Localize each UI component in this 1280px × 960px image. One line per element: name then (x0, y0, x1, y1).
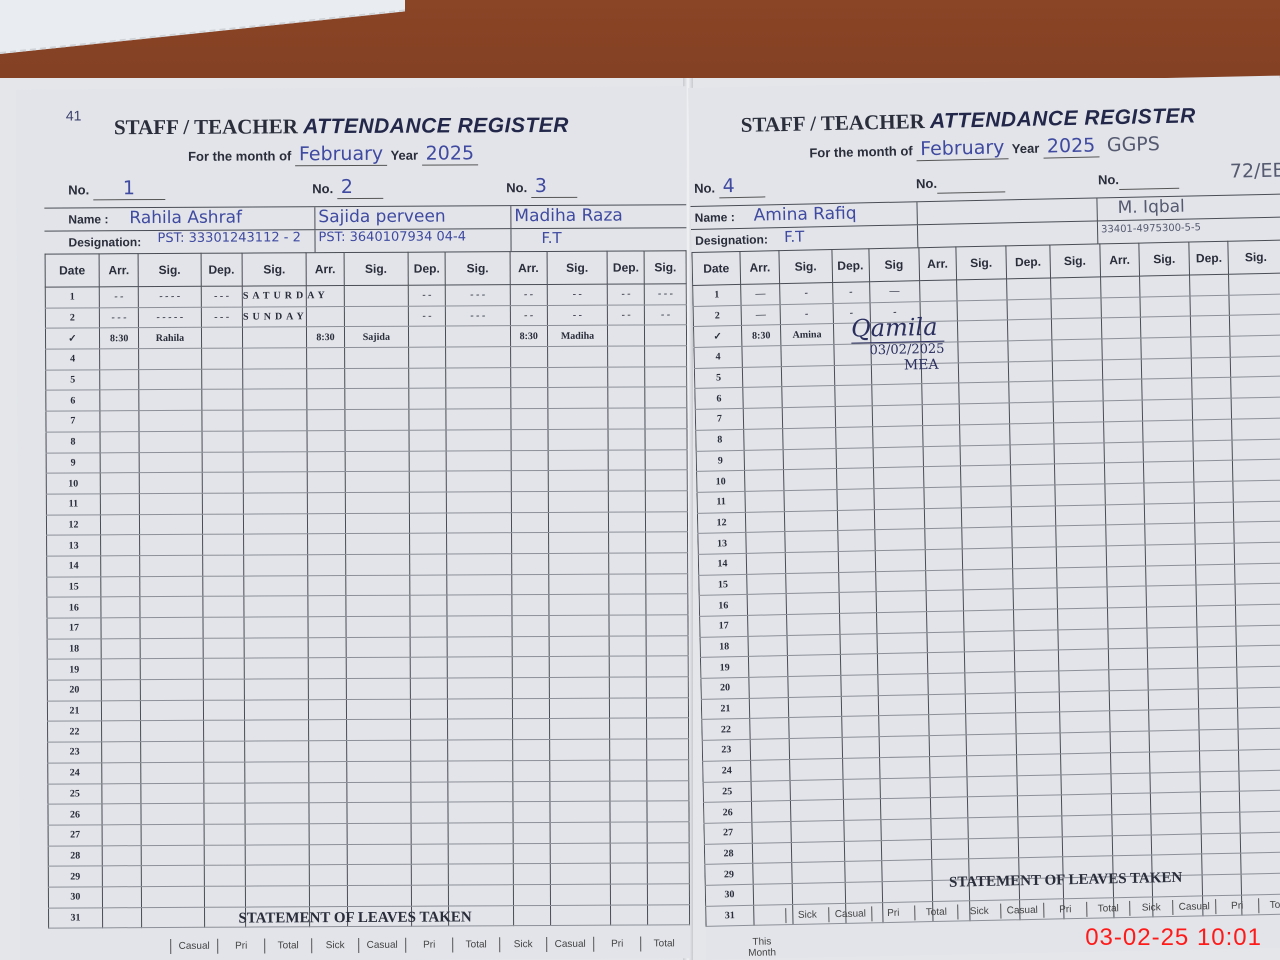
attendance-cell (782, 386, 835, 408)
attendance-cell (960, 465, 1011, 487)
staff-name-2: Sajida perveen (314, 206, 448, 229)
right-page: STAFF / TEACHER ATTENDANCE REGISTER For … (688, 76, 1280, 960)
attendance-cell (924, 487, 961, 508)
attendance-cell (876, 612, 927, 634)
attendance-cell (647, 677, 689, 698)
attendance-cell (447, 512, 511, 533)
attendance-cell (843, 799, 880, 820)
attendance-cell: - - - - (139, 286, 201, 307)
attendance-cell (1054, 484, 1105, 506)
col-departure: Dep. (607, 251, 645, 284)
attendance-cell: - - (510, 305, 547, 326)
attendance-cell (101, 721, 141, 742)
attendance-cell (877, 653, 928, 675)
attendance-cell (102, 866, 142, 887)
attendance-cell (1199, 709, 1239, 731)
attendance-cell (203, 700, 245, 721)
attendance-cell: 8:30 (307, 327, 344, 348)
attendance-cell (874, 529, 925, 551)
attendance-cell (744, 470, 784, 492)
attendance-cell (1056, 566, 1107, 588)
attendance-cell (203, 721, 245, 742)
attendance-cell (100, 452, 140, 473)
attendance-cell (875, 550, 926, 572)
attendance-cell (966, 734, 1017, 756)
attendance-cell (928, 673, 965, 694)
date-cell: 17 (700, 615, 748, 637)
attendance-cell (140, 514, 202, 535)
attendance-cell (877, 632, 928, 654)
attendance-cell (1054, 442, 1105, 464)
attendance-cell (308, 534, 345, 555)
date-cell: 1 (693, 284, 741, 306)
attendance-cell (202, 514, 244, 535)
name-label: Name : (68, 212, 108, 226)
date-cell: ✓ (694, 326, 742, 348)
attendance-cell (102, 887, 142, 908)
this-month-label: This Month (742, 936, 782, 959)
attendance-cell (1193, 419, 1233, 441)
attendance-cell (344, 285, 408, 306)
col-arrival: Arr. (740, 251, 780, 285)
attendance-cell (1105, 483, 1145, 505)
attendance-cell: 8:30 (741, 325, 781, 347)
attendance-cell (1237, 666, 1280, 688)
attendance-cell (746, 552, 786, 574)
attendance-cell (645, 408, 687, 429)
attendance-cell (788, 655, 841, 677)
attendance-cell (1012, 547, 1056, 569)
attendance-cell (1197, 647, 1237, 669)
attendance-cell (244, 679, 308, 700)
attendance-cell (410, 678, 447, 699)
attendance-cell (140, 493, 202, 514)
attendance-cell (446, 429, 510, 450)
attendance-cell (1145, 523, 1196, 545)
month-value: February (295, 143, 387, 166)
attendance-cell (1103, 400, 1143, 422)
attendance-cell (447, 533, 511, 554)
attendance-cell (1232, 439, 1280, 461)
attendance-cell (1102, 338, 1142, 360)
attendance-cell: - - (408, 285, 445, 306)
attendance-cell (752, 842, 792, 864)
attendance-cell (1140, 275, 1191, 297)
attendance-cell (245, 865, 309, 886)
date-cell: 24 (703, 760, 751, 782)
attendance-cell (610, 863, 647, 884)
attendance-cell: — (869, 281, 920, 303)
attendance-cell (1231, 376, 1280, 398)
attendance-cell (513, 822, 550, 843)
col-departure: Dep. (201, 253, 243, 286)
attendance-cell: - - (99, 287, 139, 308)
col-signature: Sig. (644, 251, 686, 284)
attendance-cell (409, 451, 446, 472)
col-signature: Sig. (344, 252, 408, 285)
attendance-cell (1196, 584, 1236, 606)
attendance-cell (309, 699, 346, 720)
attendance-cell (201, 410, 243, 431)
date-cell: 11 (697, 491, 745, 513)
attendance-cell (610, 718, 647, 739)
attendance-cell (1146, 565, 1197, 587)
date-cell: 8 (696, 429, 744, 451)
attendance-cell (647, 656, 689, 677)
attendance-cell (1017, 754, 1061, 776)
attendance-cell (140, 472, 202, 493)
left-page: 41 STAFF / TEACHER ATTENDANCE REGISTER F… (16, 86, 691, 960)
attendance-grid: Name : Amina Rafiq M. Iqbal Designation:… (690, 194, 1280, 928)
attendance-cell (307, 306, 344, 327)
attendance-cell (201, 348, 243, 369)
attendance-cell (1015, 671, 1059, 693)
attendance-cell (646, 491, 688, 512)
attendance-cell (648, 863, 690, 884)
leave-column-header: Pri (1043, 902, 1086, 918)
attendance-cell (244, 699, 308, 720)
attendance-cell (244, 658, 308, 679)
attendance-cell (960, 444, 1011, 466)
attendance-cell (308, 575, 345, 596)
attendance-cell (203, 679, 245, 700)
staff-designation-6: 33401-4975300-5-5 (1097, 219, 1204, 243)
attendance-cell (1009, 381, 1053, 403)
attendance-cell (410, 637, 447, 658)
attendance-cell (1201, 812, 1241, 834)
leave-column-header: Casual (1172, 899, 1215, 915)
attendance-cell (648, 884, 690, 905)
attendance-cell (646, 635, 688, 656)
date-cell: 21 (701, 698, 749, 720)
attendance-cell (101, 597, 141, 618)
attendance-cell (346, 596, 410, 617)
attendance-cell (1007, 319, 1051, 341)
attendance-cell (957, 320, 1008, 342)
attendance-cell (963, 610, 1014, 632)
attendance-cell (550, 801, 610, 822)
attendance-cell (1140, 296, 1191, 318)
attendance-cell (447, 657, 511, 678)
staff-designation-3: F.T (510, 229, 564, 251)
attendance-cell (1104, 462, 1144, 484)
col-arrival: Arr. (99, 254, 139, 287)
attendance-cell (1144, 482, 1195, 504)
date-cell: 4 (46, 349, 100, 370)
attendance-cell (964, 651, 1015, 673)
attendance-cell (879, 736, 930, 758)
attendance-cell (784, 469, 837, 491)
attendance-cell (647, 801, 689, 822)
attendance-cell (926, 611, 963, 632)
attendance-cell (645, 346, 687, 367)
attendance-cell: 8:30 (99, 328, 139, 349)
attendance-cell (609, 553, 646, 574)
headmistress-signature: Qamila 03/02/2025 MEA (851, 313, 945, 375)
attendance-cell (1231, 356, 1280, 378)
attendance-cell (142, 845, 204, 866)
attendance-cell (1191, 336, 1231, 358)
attendance-cell (245, 720, 309, 741)
attendance-cell (1237, 645, 1280, 667)
attendance-cell (1111, 793, 1151, 815)
date-cell: 15 (699, 574, 747, 596)
attendance-cell (201, 390, 243, 411)
attendance-cell (203, 658, 245, 679)
attendance-cell (409, 347, 446, 368)
attendance-cell (446, 347, 510, 368)
col-arrival: Arr. (510, 251, 548, 284)
attendance-cell (1017, 774, 1061, 796)
attendance-cell (838, 571, 875, 592)
attendance-cell (747, 594, 787, 616)
attendance-cell (1151, 813, 1202, 835)
date-cell: 9 (696, 450, 744, 472)
attendance-cell (202, 452, 244, 473)
attendance-cell (789, 696, 842, 718)
attendance-cell (879, 756, 930, 778)
attendance-cell (1234, 501, 1280, 523)
attendance-cell (1235, 542, 1280, 564)
attendance-cell (961, 486, 1012, 508)
attendance-cell (836, 489, 873, 510)
attendance-cell (243, 472, 307, 493)
attendance-cell (962, 548, 1013, 570)
attendance-cell (308, 554, 345, 575)
attendance-cell (958, 362, 1009, 384)
attendance-cell (965, 672, 1016, 694)
attendance-cell (511, 429, 548, 450)
attendance-cell (928, 694, 965, 715)
attendance-cell (1060, 732, 1111, 754)
attendance-cell (410, 657, 447, 678)
attendance-cell (1104, 442, 1144, 464)
attendance-cell (549, 677, 609, 698)
attendance-cell (1055, 525, 1106, 547)
attendance-cell (409, 430, 446, 451)
attendance-cell (747, 573, 787, 595)
attendance-cell (1061, 815, 1112, 837)
attendance-cell (244, 596, 308, 617)
attendance-cell (1236, 625, 1280, 647)
attendance-cell (1106, 566, 1146, 588)
attendance-cell (547, 346, 607, 367)
attendance-cell (1101, 297, 1141, 319)
attendance-cell (1192, 398, 1232, 420)
attendance-cell (410, 719, 447, 740)
date-cell: 29 (48, 866, 102, 887)
attendance-cell (1110, 752, 1150, 774)
attendance-cell (1051, 318, 1102, 340)
attendance-cell (1195, 522, 1235, 544)
attendance-cell (202, 431, 244, 452)
attendance-cell (310, 865, 347, 886)
date-cell: 31 (706, 905, 754, 927)
attendance-cell (1109, 690, 1149, 712)
attendance-cell (1200, 771, 1240, 793)
attendance-cell (446, 367, 510, 388)
attendance-cell (931, 838, 968, 859)
attendance-cell (101, 638, 141, 659)
attendance-cell: - - - - - (139, 307, 201, 328)
attendance-cell (1059, 691, 1110, 713)
attendance-cell (309, 658, 346, 679)
attendance-cell (748, 635, 788, 657)
attendance-cell (1016, 712, 1060, 734)
attendance-cell (610, 843, 647, 864)
attendance-cell (204, 886, 246, 907)
date-cell: ✓ (45, 328, 99, 349)
title-plain: STAFF / TEACHER (741, 109, 931, 137)
attendance-cell (1238, 707, 1280, 729)
attendance-cell (513, 802, 550, 823)
attendance-cell (448, 781, 512, 802)
attendance-cell (142, 886, 204, 907)
attendance-cell (410, 533, 447, 554)
attendance-cell (513, 884, 550, 905)
date-cell: 27 (704, 822, 752, 844)
attendance-cell (1241, 832, 1280, 854)
attendance-cell (1010, 443, 1054, 465)
attendance-cell (550, 739, 610, 760)
attendance-cell (880, 777, 931, 799)
attendance-cell (1194, 481, 1234, 503)
attendance-cell (872, 425, 923, 447)
attendance-cell (923, 466, 960, 487)
attendance-cell (307, 451, 344, 472)
col-departure: Dep. (1006, 245, 1050, 279)
leave-column-header: Sick (957, 904, 1000, 920)
attendance-cell (1229, 294, 1280, 316)
attendance-cell (788, 676, 841, 698)
staff-no-2: No. 2 (312, 176, 383, 198)
attendance-cell (101, 576, 141, 597)
attendance-cell (874, 508, 925, 530)
school-note: GGPS (1103, 133, 1164, 156)
date-cell: 23 (48, 742, 102, 763)
attendance-register-book: 41 STAFF / TEACHER ATTENDANCE REGISTER F… (0, 78, 1280, 960)
attendance-cell (1201, 791, 1241, 813)
attendance-cell (966, 713, 1017, 735)
date-cell: 19 (47, 659, 101, 680)
attendance-cell (548, 470, 608, 491)
attendance-cell (346, 658, 410, 679)
attendance-cell (347, 823, 411, 844)
attendance-cell (647, 739, 689, 760)
attendance-cell (345, 513, 409, 534)
attendance-cell (836, 447, 873, 468)
attendance-cell (1016, 733, 1060, 755)
attendance-cell (646, 573, 688, 594)
date-cell: 11 (46, 494, 100, 515)
attendance-cell (749, 677, 789, 699)
attendance-cell (646, 553, 688, 574)
attendance-cell (1112, 814, 1152, 836)
attendance-cell (1058, 629, 1109, 651)
attendance-cell (411, 740, 448, 761)
attendance-cell (744, 428, 784, 450)
attendance-cell (1107, 607, 1147, 629)
attendance-cell (513, 864, 550, 885)
attendance-cell (347, 885, 411, 906)
attendance-cell (837, 530, 874, 551)
attendance-cell (750, 739, 790, 761)
attendance-cell (1192, 378, 1232, 400)
attendance-cell (646, 532, 688, 553)
attendance-cell (1147, 627, 1198, 649)
attendance-cell (309, 782, 346, 803)
attendance-cell (513, 843, 550, 864)
attendance-cell (956, 279, 1007, 301)
attendance-cell (608, 491, 645, 512)
attendance-cell (1230, 335, 1280, 357)
attendance-cell (1199, 729, 1239, 751)
attendance-cell (646, 470, 688, 491)
leave-column-header: Pri (593, 937, 640, 952)
leave-column-header: Pri (1215, 898, 1258, 914)
attendance-cell (139, 390, 201, 411)
attendance-cell (1011, 485, 1055, 507)
attendance-cell (448, 843, 512, 864)
attendance-cell (549, 615, 609, 636)
attendance-cell (550, 822, 610, 843)
attendance-cell (101, 700, 141, 721)
attendance-cell (100, 349, 140, 370)
attendance-cell (204, 803, 246, 824)
attendance-cell (1191, 316, 1231, 338)
attendance-cell (1052, 380, 1103, 402)
attendance-cell (1190, 274, 1230, 296)
col-signature: Sig. (1049, 244, 1100, 278)
attendance-cell (1106, 545, 1146, 567)
attendance-cell (842, 757, 879, 778)
attendance-cell (1198, 667, 1238, 689)
attendance-cell (961, 506, 1012, 528)
attendance-cell (549, 553, 609, 574)
attendance-cell (1234, 521, 1280, 543)
attendance-cell: Madiha (547, 326, 607, 347)
attendance-cell (743, 408, 783, 430)
attendance-cell (1230, 314, 1280, 336)
attendance-cell (1196, 564, 1236, 586)
date-cell: 2 (693, 305, 741, 327)
attendance-cell (967, 796, 1018, 818)
attendance-cell (745, 490, 785, 512)
attendance-cell (1107, 586, 1147, 608)
attendance-cell (346, 616, 410, 637)
attendance-cell (448, 823, 512, 844)
attendance-cell (836, 468, 873, 489)
attendance-cell (1014, 630, 1058, 652)
attendance-cell (141, 824, 203, 845)
attendance-cell (346, 699, 410, 720)
title-plain: STAFF / TEACHER (114, 114, 303, 139)
attendance-cell (922, 425, 959, 446)
attendance-cell (1007, 299, 1051, 321)
attendance-cell (102, 804, 142, 825)
attendance-cell (308, 637, 345, 658)
attendance-cell (309, 720, 346, 741)
attendance-cell (307, 348, 344, 369)
attendance-cell (409, 471, 446, 492)
attendance-cell (346, 740, 410, 761)
attendance-cell (101, 680, 141, 701)
date-cell: 18 (700, 636, 748, 658)
attendance-cell: — (741, 284, 781, 306)
leave-column-header: Total (640, 936, 687, 951)
attendance-cell (448, 740, 512, 761)
attendance-cell: 8:30 (510, 326, 547, 347)
